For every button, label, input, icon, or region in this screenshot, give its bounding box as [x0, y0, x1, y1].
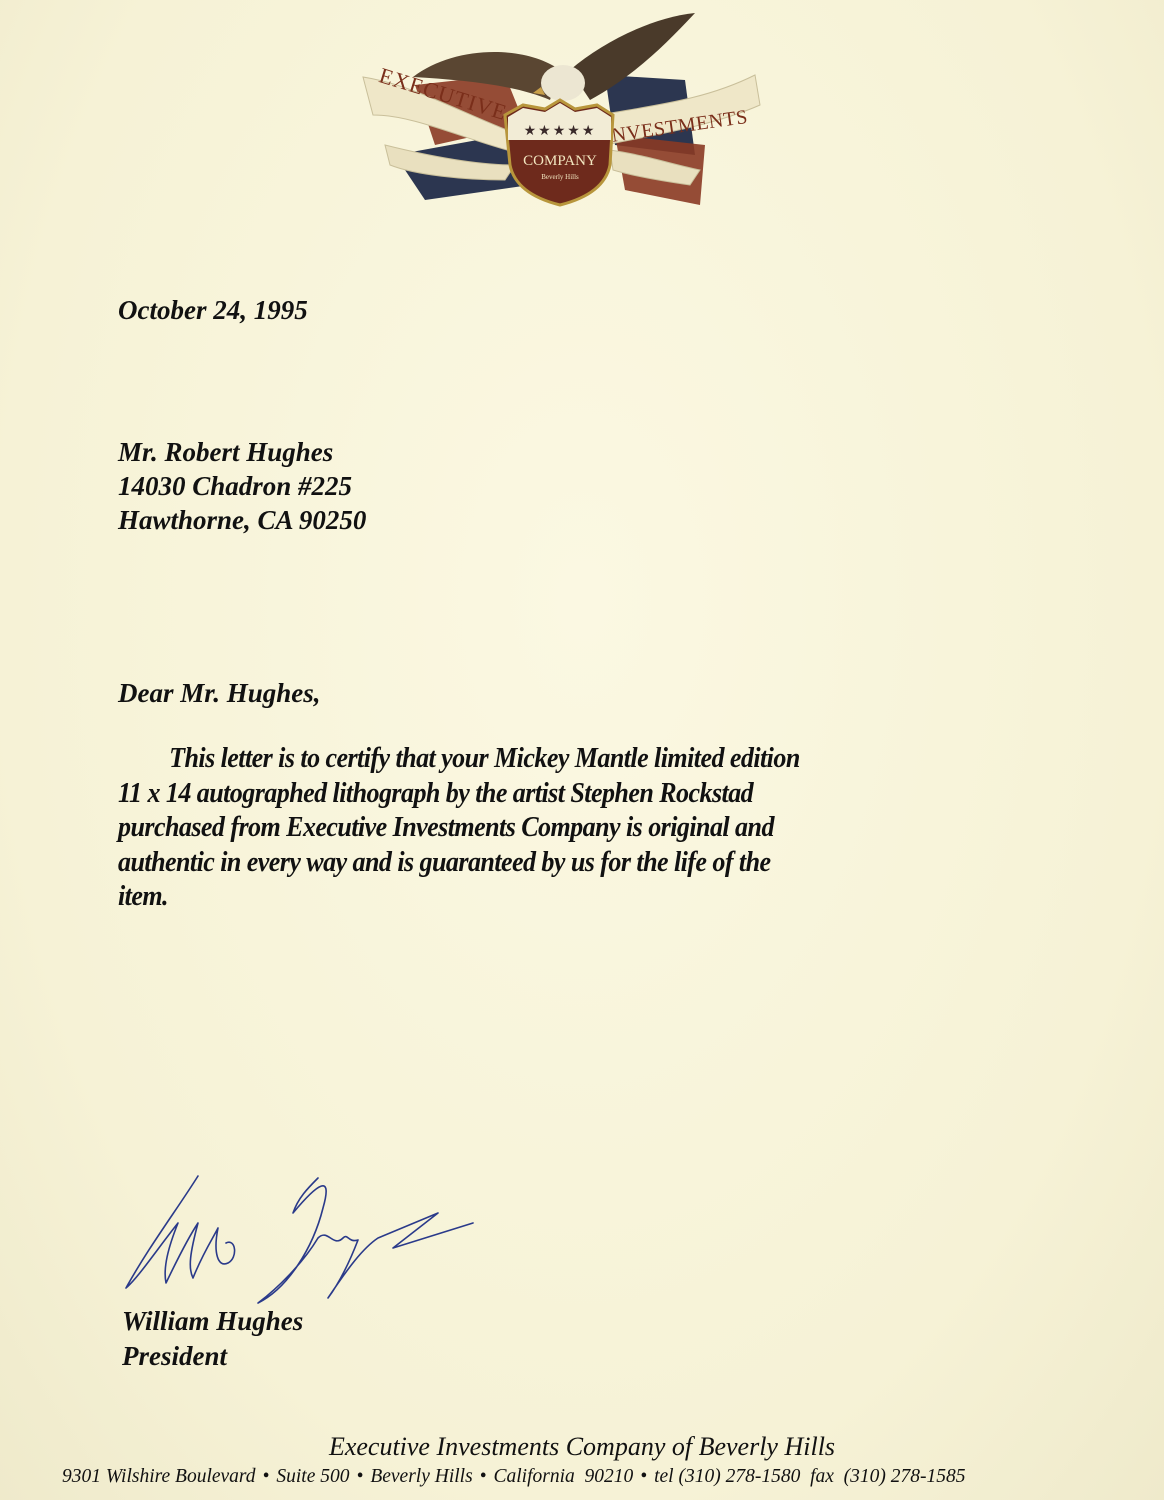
- recipient-city: Hawthorne, CA 90250: [118, 503, 366, 537]
- letter-date: October 24, 1995: [118, 295, 308, 326]
- signature: [118, 1168, 478, 1308]
- salutation: Dear Mr. Hughes,: [118, 678, 321, 709]
- shield-stars-icon: ★★★★★: [524, 124, 597, 139]
- signer-title: President: [122, 1339, 303, 1374]
- footer-separator: •: [350, 1466, 371, 1487]
- signer-block: William Hughes President: [122, 1304, 303, 1374]
- footer-separator: •: [633, 1466, 654, 1487]
- recipient-street: 14030 Chadron #225: [118, 469, 366, 503]
- company-logo: EXECUTIVE INVESTMENTS ★★★★★ COMPANY Beve…: [355, 5, 765, 215]
- footer-state-zip: California 90210: [494, 1466, 634, 1487]
- recipient-name: Mr. Robert Hughes: [118, 435, 366, 469]
- letter-body: This letter is to certify that your Mick…: [118, 742, 946, 915]
- footer-phone-fax: tel (310) 278-1580 fax (310) 278-1585: [654, 1466, 965, 1487]
- footer-separator: •: [473, 1466, 494, 1487]
- signer-name: William Hughes: [122, 1304, 303, 1339]
- footer-suite: Suite 500: [276, 1466, 349, 1487]
- footer-address: 9301 Wilshire Boulevard•Suite 500•Beverl…: [62, 1466, 966, 1488]
- footer-company-name: Executive Investments Company of Beverly…: [0, 1432, 1164, 1462]
- shield-subtitle: Beverly Hills: [541, 173, 579, 181]
- body-line: purchased from Executive Investments Com…: [118, 811, 946, 846]
- body-line: item.: [118, 880, 946, 915]
- body-line: 11 x 14 autographed lithograph by the ar…: [118, 777, 946, 812]
- eagle-head-icon: [541, 65, 585, 101]
- body-line: authentic in every way and is guaranteed…: [118, 846, 946, 881]
- body-line: This letter is to certify that your Mick…: [118, 742, 946, 777]
- recipient-address: Mr. Robert Hughes 14030 Chadron #225 Haw…: [118, 435, 366, 537]
- footer-separator: •: [256, 1466, 277, 1487]
- shield-title: COMPANY: [523, 153, 597, 169]
- footer-street: 9301 Wilshire Boulevard: [62, 1466, 256, 1487]
- footer-city: Beverly Hills: [370, 1466, 472, 1487]
